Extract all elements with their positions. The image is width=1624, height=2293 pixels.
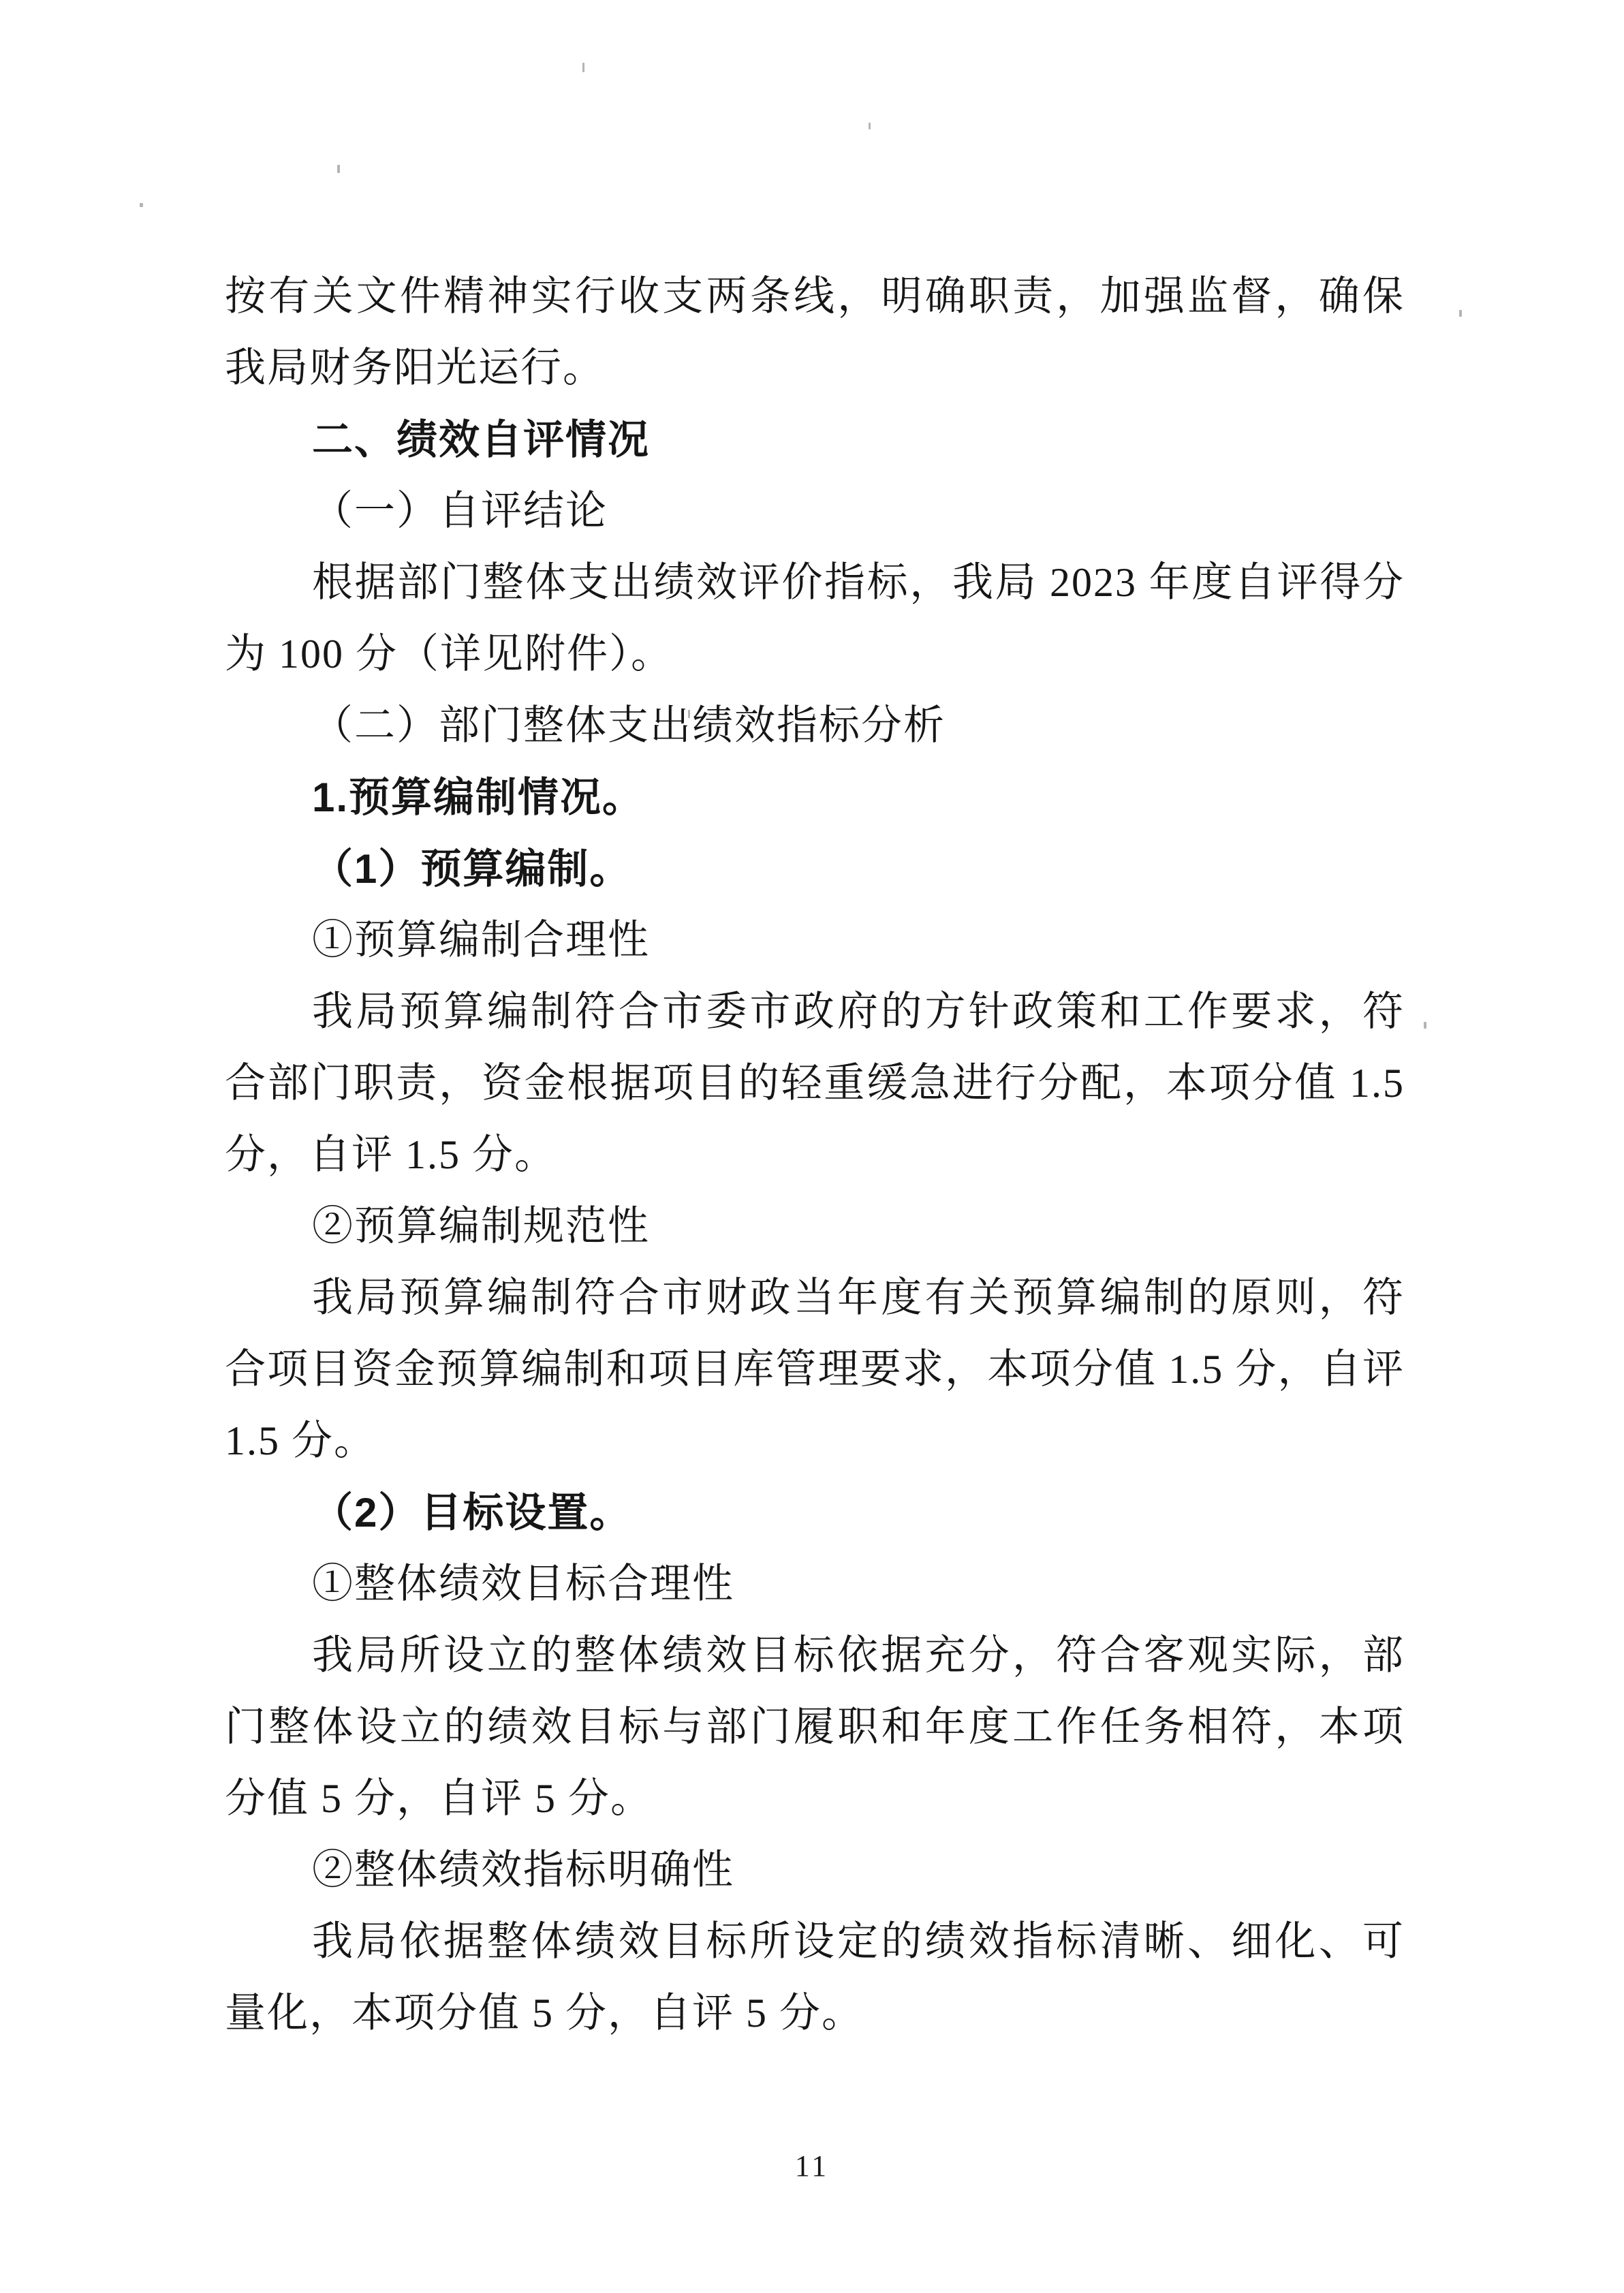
text-line: ②整体绩效指标明确性 [225,1835,1405,1906]
heading-line: （2）目标设置。 [225,1477,1405,1548]
scan-speck [582,63,584,72]
text-line: 按有关文件精神实行收支两条线，明确职责，加强监督，确保 [225,261,1405,332]
heading-line: 1.预算编制情况。 [225,762,1405,833]
text-line: 量化，本项分值 5 分，自评 5 分。 [225,1978,1405,2049]
document-page: 按有关文件精神实行收支两条线，明确职责，加强监督，确保我局财务阳光运行。二、绩效… [0,0,1624,2293]
scan-speck [140,203,143,207]
scan-speck [1305,580,1307,584]
scan-speck [688,710,690,718]
text-line: 为 100 分（详见附件）。 [225,619,1405,690]
text-line: 门整体设立的绩效目标与部门履职和年度工作任务相符，本项 [225,1691,1405,1763]
text-line: 我局预算编制符合市委市政府的方针政策和工作要求，符 [225,976,1405,1048]
heading-line: 二、绩效自评情况 [225,404,1405,475]
text-line: 我局预算编制符合市财政当年度有关预算编制的原则，符 [225,1262,1405,1334]
text-line: 合项目资金预算编制和项目库管理要求，本项分值 1.5 分，自评 [225,1334,1405,1405]
text-line: 分值 5 分，自评 5 分。 [225,1763,1405,1835]
text-line: （二）部门整体支出绩效指标分析 [225,690,1405,762]
text-line: 根据部门整体支出绩效评价指标，我局 2023 年度自评得分 [225,547,1405,619]
text-line: ①预算编制合理性 [225,905,1405,976]
text-line: 我局依据整体绩效目标所设定的绩效指标清晰、细化、可 [225,1906,1405,1978]
text-line: ②预算编制规范性 [225,1191,1405,1262]
body-text: 按有关文件精神实行收支两条线，明确职责，加强监督，确保我局财务阳光运行。二、绩效… [225,261,1405,2049]
heading-line: （1）预算编制。 [225,833,1405,905]
text-line: ①整体绩效目标合理性 [225,1548,1405,1620]
scan-speck [1424,1022,1426,1029]
text-line: 分，自评 1.5 分。 [225,1119,1405,1191]
scan-speck [1459,310,1462,317]
scan-speck [337,165,340,173]
text-line: 我局所设立的整体绩效目标依据充分，符合客观实际，部 [225,1620,1405,1691]
text-line: 我局财务阳光运行。 [225,332,1405,404]
page-number: 11 [0,2146,1624,2187]
scan-speck [869,123,871,129]
text-line: 合部门职责，资金根据项目的轻重缓急进行分配，本项分值 1.5 [225,1048,1405,1119]
text-line: （一）自评结论 [225,475,1405,547]
text-line: 1.5 分。 [225,1405,1405,1477]
